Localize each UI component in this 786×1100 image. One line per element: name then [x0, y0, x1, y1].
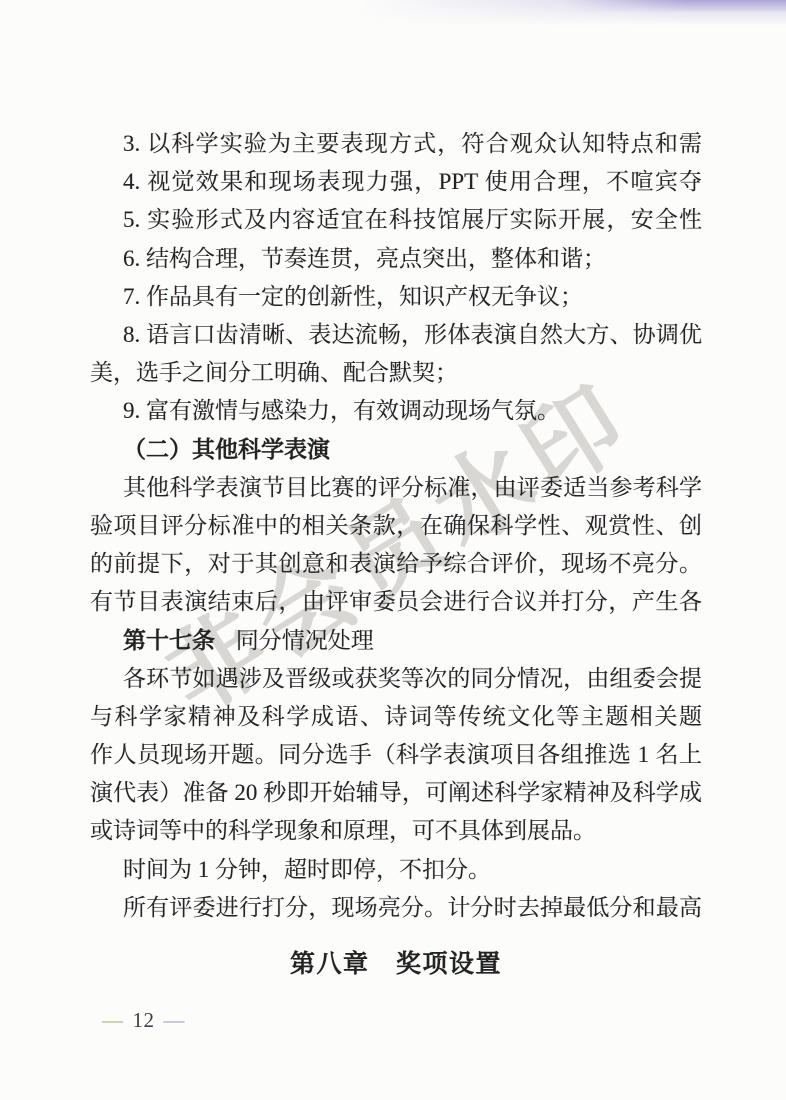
text-line: （二）其他科学表演: [90, 431, 702, 469]
scan-artifact-band: [356, 0, 786, 26]
text-line: 5. 实验形式及内容适宜在科技馆展厅实际开展，安全性高；: [90, 201, 702, 239]
text-line: 6. 结构合理，节奏连贯，亮点突出，整体和谐；: [90, 240, 702, 278]
text-line: 验项目评分标准中的相关条款，在确保科学性、观赏性、创新性: [90, 507, 702, 545]
text-line: 3. 以科学实验为主要表现方式，符合观众认知特点和需求；: [90, 125, 702, 163]
document-body: 3. 以科学实验为主要表现方式，符合观众认知特点和需求；4. 视觉效果和现场表现…: [90, 125, 702, 927]
text-line: 7. 作品具有一定的创新性，知识产权无争议；: [90, 278, 702, 316]
text-line: 有节目表演结束后，由评审委员会进行合议并打分，产生各奖项。: [90, 583, 702, 621]
page-footer: —12—: [102, 1007, 185, 1033]
text-line: 与科学家精神及科学成语、诗词等传统文化等主题相关题库，工: [90, 698, 702, 736]
text-line: 演代表）准备 20 秒即开始辅导，可阐述科学家精神及科学成语: [90, 774, 702, 812]
chapter-heading: 第八章 奖项设置: [90, 947, 702, 981]
text-line: 时间为 1 分钟，超时即停，不扣分。: [90, 851, 702, 889]
text-line: 美，选手之间分工明确、配合默契；: [90, 354, 702, 392]
text-line: 4. 视觉效果和现场表现力强，PPT 使用合理，不喧宾夺主；: [90, 163, 702, 201]
text-line: 作人员现场开题。同分选手（科学表演项目各组推选 1 名上台表: [90, 736, 702, 774]
text-line: 9. 富有激情与感染力，有效调动现场气氛。: [90, 392, 702, 430]
footer-dash-right: —: [164, 1008, 186, 1032]
text-line: 8. 语言口齿清晰、表达流畅，形体表演自然大方、协调优: [90, 316, 702, 354]
article-title: 同分情况处理: [236, 627, 374, 653]
text-line: 第十七条同分情况处理: [90, 621, 702, 659]
scan-artifact-corner: [566, 0, 786, 13]
text-line: 或诗词等中的科学现象和原理，可不具体到展品。: [90, 812, 702, 850]
text-line: 所有评委进行打分，现场亮分。计分时去掉最低分和最高分。: [90, 889, 702, 927]
article-number: 第十七条: [123, 627, 215, 653]
scanned-page: 非会员水印 3. 以科学实验为主要表现方式，符合观众认知特点和需求；4. 视觉效…: [0, 0, 786, 1100]
footer-page-number: 12: [133, 1008, 155, 1032]
text-line: 的前提下，对于其创意和表演给予综合评价，现场不亮分。待所: [90, 545, 702, 583]
text-line: 各环节如遇涉及晋级或获奖等次的同分情况，由组委会提供: [90, 660, 702, 698]
text-line: 其他科学表演节目比赛的评分标准，由评委适当参考科学实: [90, 469, 702, 507]
footer-dash-left: —: [102, 1008, 124, 1032]
